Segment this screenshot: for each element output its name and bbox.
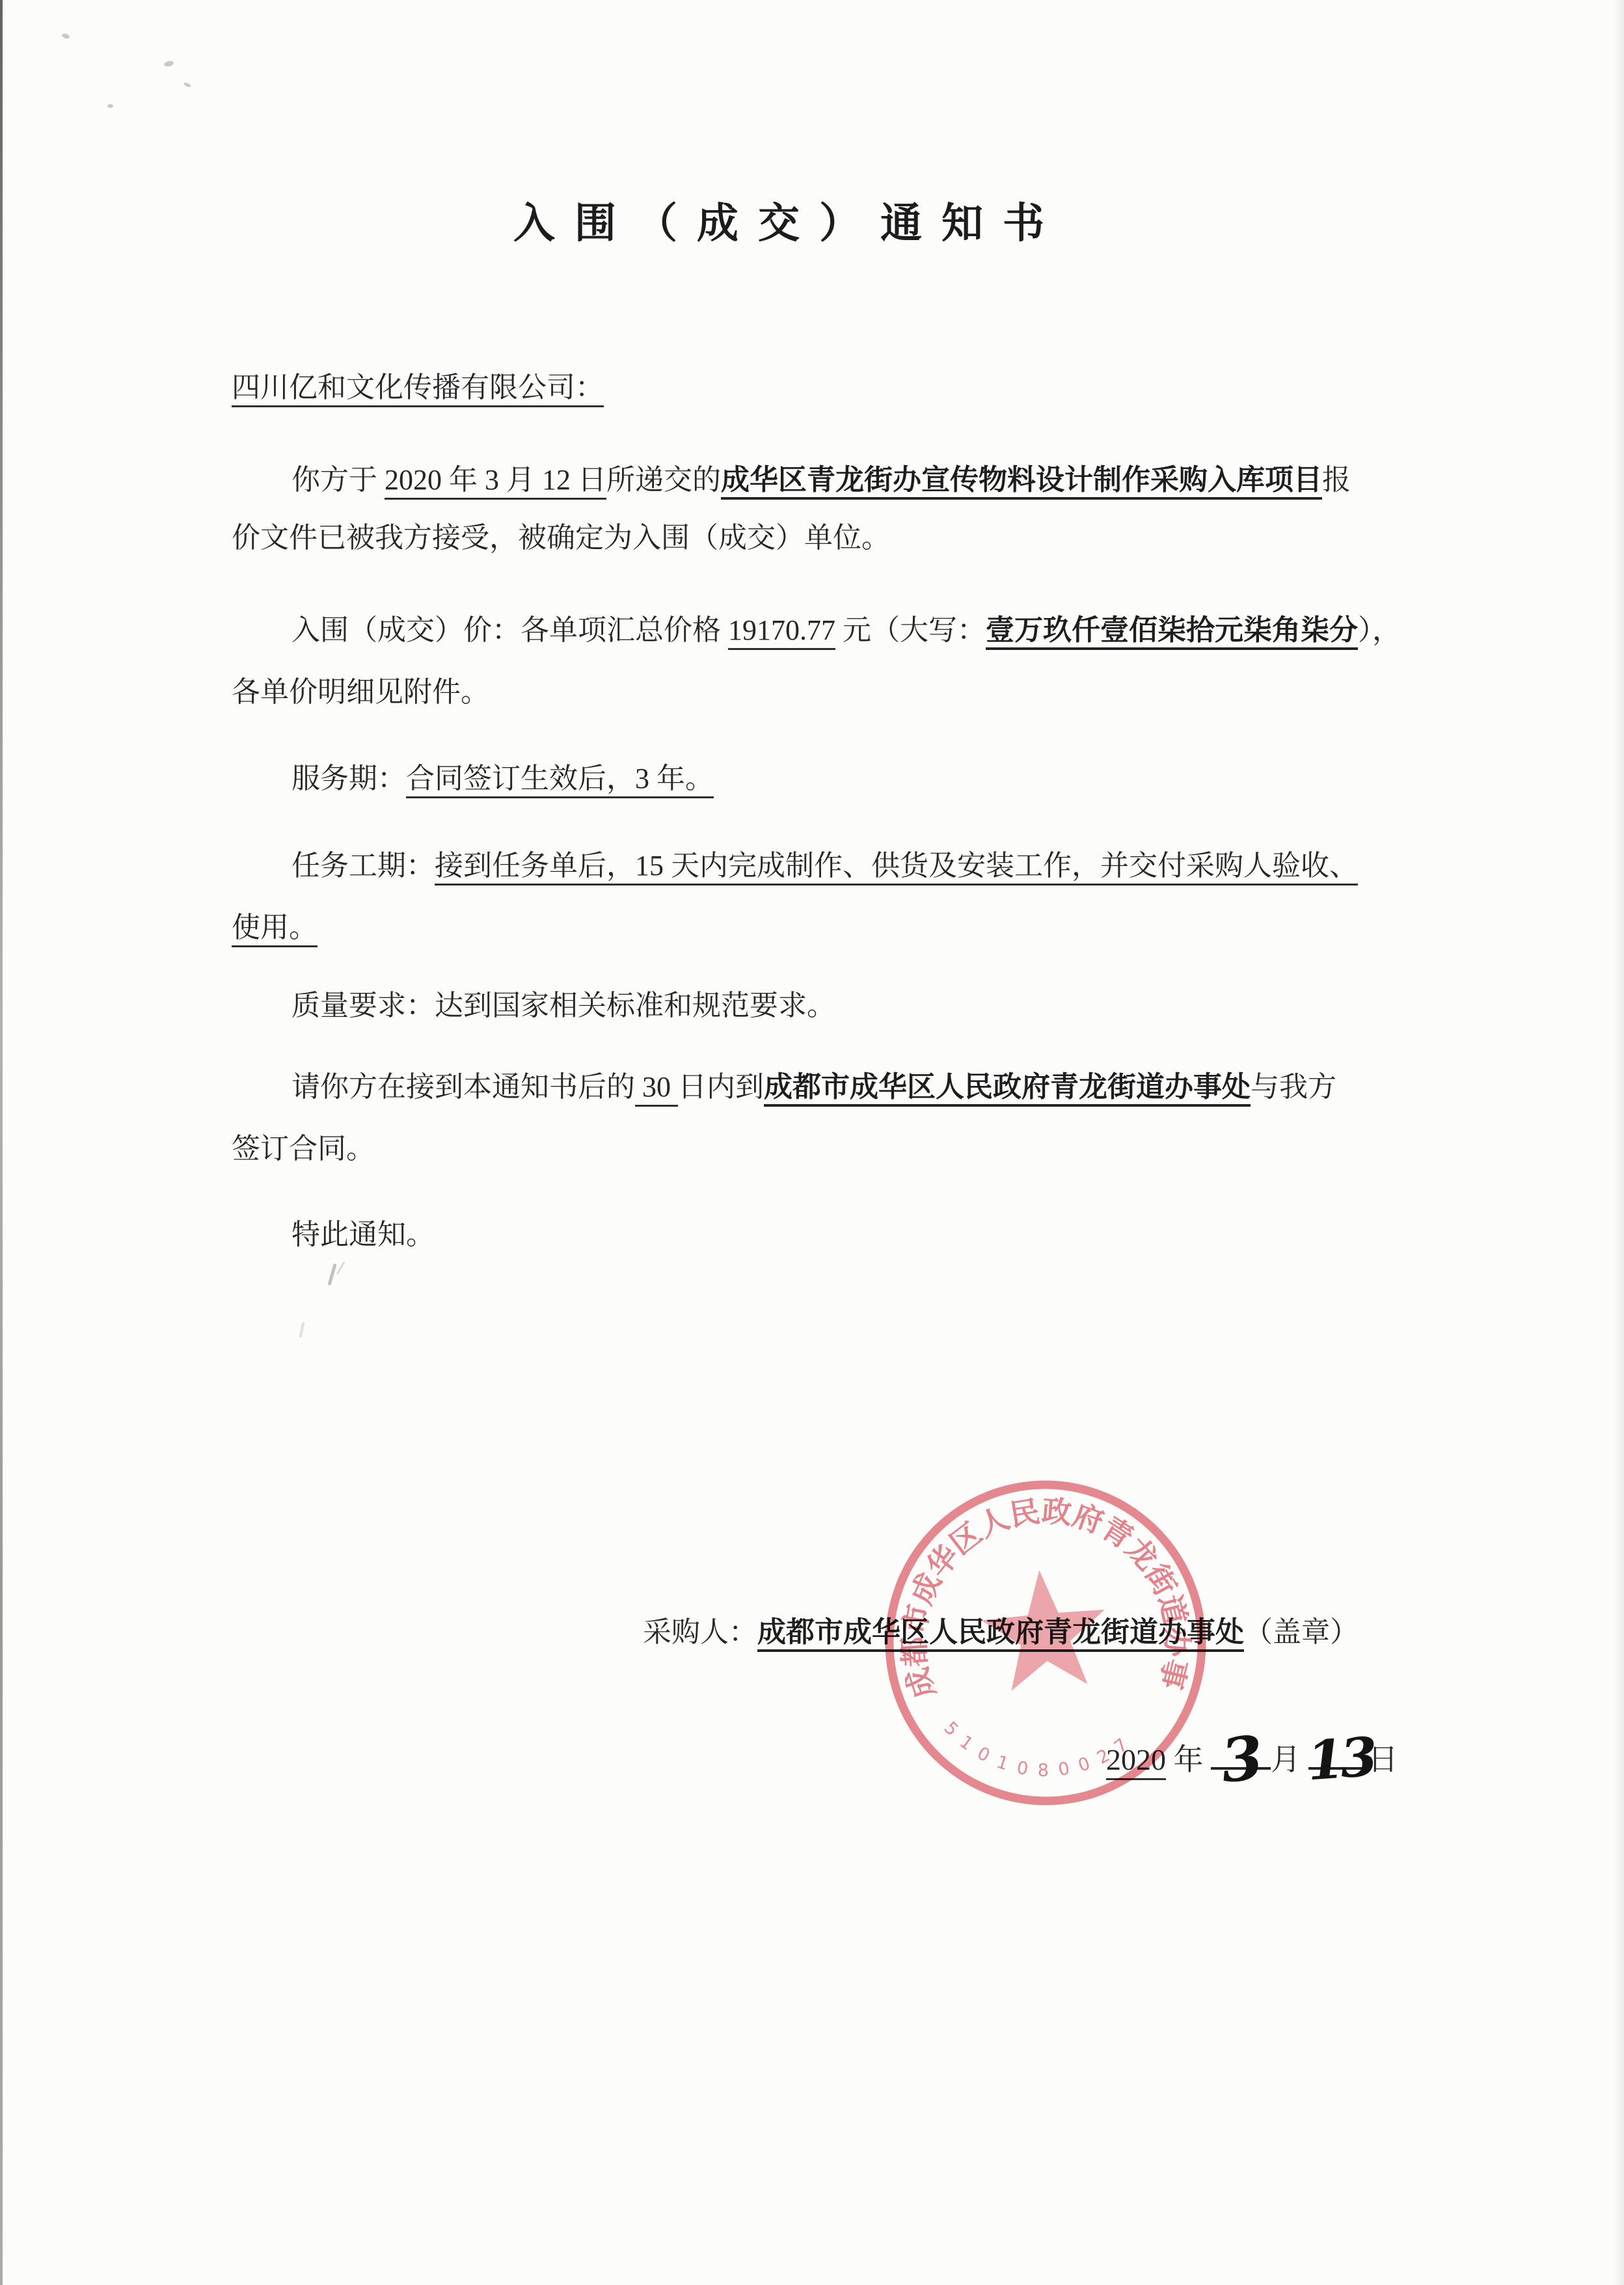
recipient-line: 四川亿和文化传播有限公司：	[232, 368, 604, 408]
p6-mid: 日内到	[678, 1071, 764, 1103]
p3-label: 服务期：	[291, 763, 406, 794]
paragraph2-line2: 各单价明细见附件。	[232, 672, 489, 712]
paragraph2-line1: 入围（成交）价：各单项汇总价格 19170.77 元（大写：壹万玖仟壹佰柒拾元柒…	[291, 610, 1401, 651]
pen-mark-artifact	[299, 1322, 305, 1338]
p2-amount-chinese: 壹万玖仟壹佰柒拾元柒角柒分	[986, 614, 1358, 650]
p4-line1-text: 接到任务单后，15 天内完成制作、供货及安装工作，并交付采购人验收、	[435, 850, 1358, 886]
p7-text: 特此通知。	[291, 1219, 435, 1251]
p6-office-name: 成都市成华区人民政府青龙街道办事处	[764, 1071, 1251, 1107]
p2-amount-numeric: 19170.77	[728, 614, 835, 650]
date-day-blank: 13	[1308, 1735, 1368, 1770]
p1-mid: 所递交的	[606, 464, 721, 496]
task-duration-line1: 任务工期：接到任务单后，15 天内完成制作、供货及安装工作，并交付采购人验收、	[291, 846, 1358, 886]
handwritten-month: 3	[1219, 1737, 1265, 1782]
scan-speck	[61, 33, 70, 39]
p2-post: ），	[1358, 614, 1401, 646]
scan-speck	[183, 82, 192, 88]
scanned-document-page: 入围（成交）通知书 四川亿和文化传播有限公司： 你方于 2020 年 3 月 1…	[0, 0, 1624, 2285]
paragraph1-line2: 价文件已被我方接受，被确定为入围（成交）单位。	[232, 518, 890, 558]
p2-pre: 入围（成交）价：各单项汇总价格	[291, 614, 728, 646]
p1-submission-date: 2020 年 3 月 12 日	[385, 464, 606, 500]
official-seal-stamp: 成都市成华区人民政府青龙街道办事处 5101080027	[864, 1461, 1226, 1826]
p1-pre: 你方于	[291, 464, 385, 496]
handwritten-day: 13	[1305, 1737, 1374, 1783]
paragraph1-line1: 你方于 2020 年 3 月 12 日所递交的成华区青龙街办宣传物料设计制作采购…	[291, 460, 1351, 500]
signature-label: 采购人：	[643, 1616, 757, 1648]
date-month-label: 月	[1271, 1743, 1308, 1776]
p1-line2-text: 价文件已被我方接受，被确定为入围（成交）单位。	[232, 522, 890, 554]
seal-star-icon	[978, 1565, 1111, 1693]
recipient-company-name: 四川亿和文化传播有限公司：	[232, 372, 604, 407]
pen-mark-artifact	[327, 1264, 336, 1286]
seal-svg: 成都市成华区人民政府青龙街道办事处 5101080027	[864, 1461, 1226, 1826]
contract-notice-line1: 请你方在接到本通知书后的 30 日内到成都市成华区人民政府青龙街道办事处与我方	[291, 1067, 1336, 1107]
p1-post: 报	[1322, 464, 1351, 496]
p3-value: 合同签订生效后，3 年。	[406, 763, 714, 798]
p4-line2-text: 使用。	[232, 912, 318, 947]
pen-mark-artifact	[336, 1262, 345, 1275]
task-duration-line2: 使用。	[232, 908, 318, 948]
document-title: 入围（成交）通知书	[0, 190, 1577, 250]
service-period-line: 服务期：合同签订生效后，3 年。	[291, 759, 714, 799]
signature-suffix: （盖章）	[1244, 1616, 1359, 1648]
p2-mid: 元（大写：	[835, 614, 986, 646]
p6-pre: 请你方在接到本通知书后的	[291, 1071, 635, 1103]
p6-line2-text: 签订合同。	[232, 1133, 375, 1165]
p2-line2-text: 各单价明细见附件。	[232, 676, 489, 708]
p1-project-name: 成华区青龙街办宣传物料设计制作采购入库项目	[721, 464, 1322, 500]
quality-requirement-line: 质量要求：达到国家相关标准和规范要求。	[291, 986, 835, 1026]
scan-edge-artifact-right	[1614, 0, 1624, 2285]
scan-speck	[107, 104, 113, 108]
contract-notice-line2: 签订合同。	[232, 1129, 375, 1169]
p4-label: 任务工期：	[291, 850, 435, 882]
p6-days: 30	[635, 1071, 678, 1107]
closing-line: 特此通知。	[291, 1215, 435, 1255]
scan-edge-artifact-left	[0, 0, 3, 2285]
scan-speck	[163, 61, 174, 68]
p5-text: 质量要求：达到国家相关标准和规范要求。	[291, 990, 835, 1021]
p6-post: 与我方	[1251, 1071, 1336, 1103]
